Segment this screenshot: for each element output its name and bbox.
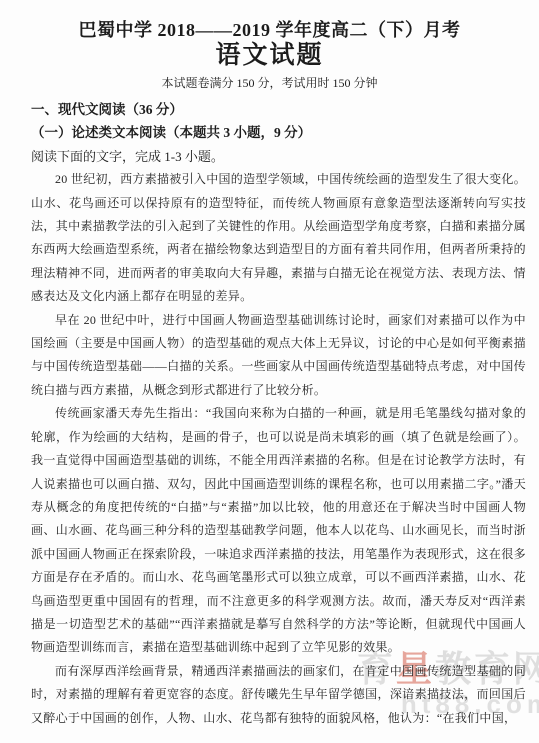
exam-paper-page: 育星教育网 ht88.com 巴蜀中学 2018——2019 学年度高二（下）月… xyxy=(0,0,539,743)
paragraph-2: 早在 20 世纪中叶，进行中国画人物画造型基础训练讨论时，画家们对素描可以作为中… xyxy=(31,309,526,403)
exam-content: 一、现代文阅读（36 分） （一）论述类文本阅读（本题共 3 小题，9 分） 阅… xyxy=(0,91,539,730)
subsection-heading-argumentative-reading: （一）论述类文本阅读（本题共 3 小题，9 分） xyxy=(31,121,526,144)
exam-title-line2: 语文试题 xyxy=(0,42,539,70)
exam-title-line1: 巴蜀中学 2018——2019 学年度高二（下）月考 xyxy=(0,18,539,42)
paragraph-1: 20 世纪初，西方素描被引入中国的造型学领域，中国传统绘画的造型发生了很大变化。… xyxy=(31,168,526,308)
exam-header: 巴蜀中学 2018——2019 学年度高二（下）月考 语文试题 本试题卷满分 1… xyxy=(0,0,539,91)
exam-subtitle: 本试题卷满分 150 分，考试用时 150 分钟 xyxy=(0,75,539,91)
reading-instruction: 阅读下面的文字，完成 1-3 小题。 xyxy=(31,145,526,168)
paragraph-3: 传统画家潘天寿先生指出：“我国向来称为白描的一种画，就是用毛笔墨线勾描对象的轮廓… xyxy=(31,402,526,659)
section-heading-modern-reading: 一、现代文阅读（36 分） xyxy=(31,98,526,121)
paragraph-4: 而有深厚西洋绘画背景，精通西洋素描画法的画家们，在肯定中国画传统造型基础的同时，… xyxy=(31,660,526,730)
